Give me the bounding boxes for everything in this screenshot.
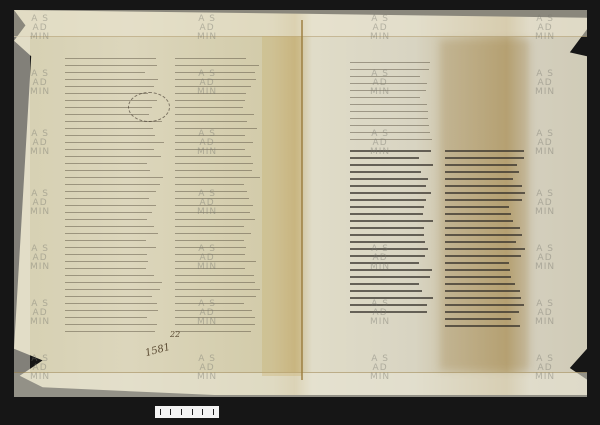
right-text-column-1b bbox=[350, 150, 435, 318]
text-line bbox=[175, 282, 255, 283]
archive-watermark: A SADMIN bbox=[30, 70, 50, 97]
text-line bbox=[65, 191, 156, 192]
text-line bbox=[445, 283, 515, 285]
text-line bbox=[350, 199, 426, 201]
text-line bbox=[65, 156, 161, 157]
text-line bbox=[350, 125, 429, 126]
archive-watermark: A SADMIN bbox=[370, 355, 390, 382]
tick bbox=[181, 409, 182, 415]
text-line bbox=[445, 185, 522, 187]
tick bbox=[202, 409, 203, 415]
text-line bbox=[65, 254, 147, 255]
text-line bbox=[350, 118, 428, 119]
text-line bbox=[175, 184, 244, 185]
text-line bbox=[350, 150, 431, 152]
text-line bbox=[65, 226, 154, 227]
archive-watermark: A SADMIN bbox=[370, 130, 390, 157]
archive-watermark: A SADMIN bbox=[535, 190, 555, 217]
archive-watermark: A SADMIN bbox=[197, 190, 217, 217]
text-line bbox=[65, 268, 146, 269]
text-line bbox=[350, 206, 424, 208]
text-line bbox=[65, 331, 155, 332]
archive-watermark: A SADMIN bbox=[535, 130, 555, 157]
text-line bbox=[445, 220, 513, 222]
archive-watermark: A SADMIN bbox=[197, 300, 217, 327]
archive-watermark: A SADMIN bbox=[30, 300, 50, 327]
text-line bbox=[65, 65, 157, 66]
text-line bbox=[65, 184, 160, 185]
center-fold-line bbox=[301, 20, 303, 380]
text-line bbox=[350, 164, 433, 166]
text-line bbox=[350, 97, 420, 98]
text-line bbox=[175, 331, 251, 332]
text-line bbox=[445, 304, 524, 306]
text-line bbox=[445, 206, 509, 208]
archive-watermark: A SADMIN bbox=[535, 300, 555, 327]
text-line bbox=[445, 164, 517, 166]
text-line bbox=[445, 192, 525, 194]
text-line bbox=[175, 226, 244, 227]
text-line bbox=[445, 276, 511, 278]
text-line bbox=[350, 290, 422, 292]
text-line bbox=[65, 212, 152, 213]
text-line bbox=[445, 311, 519, 313]
text-line bbox=[175, 233, 251, 234]
text-line bbox=[445, 241, 516, 243]
archive-watermark: A SADMIN bbox=[197, 70, 217, 97]
text-line bbox=[175, 121, 247, 122]
left-text-column-2 bbox=[175, 58, 260, 338]
archive-watermark: A SADMIN bbox=[370, 70, 390, 97]
text-line bbox=[350, 185, 426, 187]
tick bbox=[213, 409, 214, 415]
text-line bbox=[65, 275, 154, 276]
text-line bbox=[445, 269, 510, 271]
text-line bbox=[175, 58, 246, 59]
archive-watermark: A SADMIN bbox=[30, 355, 50, 382]
text-line bbox=[445, 234, 522, 236]
center-fold-band bbox=[262, 36, 302, 376]
text-line bbox=[65, 233, 158, 234]
text-line bbox=[445, 227, 520, 229]
text-line bbox=[350, 171, 421, 173]
archive-watermark: A SADMIN bbox=[30, 190, 50, 217]
text-line bbox=[445, 199, 522, 201]
text-line bbox=[175, 107, 243, 108]
text-line bbox=[65, 289, 160, 290]
text-line bbox=[175, 163, 253, 164]
text-line bbox=[445, 262, 509, 264]
right-text-column-1 bbox=[350, 62, 435, 146]
text-line bbox=[175, 65, 259, 66]
archive-watermark: A SADMIN bbox=[535, 15, 555, 42]
text-line bbox=[350, 283, 419, 285]
archive-watermark: A SADMIN bbox=[535, 245, 555, 272]
text-line bbox=[350, 62, 430, 63]
text-line bbox=[445, 290, 520, 292]
text-line bbox=[65, 170, 150, 171]
text-line bbox=[65, 198, 149, 199]
text-line bbox=[445, 171, 519, 173]
text-line bbox=[350, 213, 423, 215]
text-line bbox=[350, 227, 424, 229]
text-line bbox=[175, 170, 252, 171]
text-line bbox=[175, 275, 254, 276]
text-line bbox=[65, 296, 152, 297]
text-line bbox=[445, 318, 511, 320]
text-line bbox=[350, 132, 430, 133]
text-line bbox=[175, 240, 244, 241]
text-line bbox=[350, 269, 432, 271]
text-line bbox=[350, 276, 430, 278]
text-line bbox=[350, 157, 419, 159]
archive-watermark: A SADMIN bbox=[197, 245, 217, 272]
text-line bbox=[350, 297, 433, 299]
text-line bbox=[350, 111, 428, 112]
text-line bbox=[350, 192, 431, 194]
archive-watermark: A SADMIN bbox=[30, 245, 50, 272]
archive-watermark: A SADMIN bbox=[370, 245, 390, 272]
right-text-column-2 bbox=[445, 150, 525, 332]
tick bbox=[192, 409, 193, 415]
archive-watermark: A SADMIN bbox=[535, 355, 555, 382]
text-line bbox=[65, 163, 147, 164]
archive-watermark: A SADMIN bbox=[197, 15, 217, 42]
text-line bbox=[65, 93, 148, 94]
seal-outline bbox=[128, 92, 170, 122]
text-line bbox=[445, 248, 525, 250]
text-line bbox=[445, 157, 524, 159]
archive-watermark: A SADMIN bbox=[197, 355, 217, 382]
text-line bbox=[175, 100, 245, 101]
left-fold bbox=[14, 36, 30, 372]
text-line bbox=[65, 79, 158, 80]
text-line bbox=[65, 135, 155, 136]
archive-watermark: A SADMIN bbox=[30, 130, 50, 157]
text-line bbox=[65, 247, 156, 248]
text-line bbox=[445, 325, 520, 327]
text-line bbox=[175, 296, 256, 297]
text-line bbox=[65, 86, 154, 87]
text-line bbox=[350, 220, 433, 222]
text-line bbox=[445, 297, 521, 299]
text-line bbox=[175, 289, 260, 290]
text-line bbox=[445, 150, 524, 152]
text-line bbox=[175, 177, 260, 178]
text-line bbox=[65, 317, 147, 318]
text-line bbox=[65, 282, 162, 283]
tick bbox=[170, 409, 171, 415]
text-line bbox=[350, 178, 428, 180]
text-line bbox=[350, 241, 425, 243]
text-line bbox=[65, 261, 148, 262]
text-line bbox=[65, 240, 146, 241]
archive-watermark: A SADMIN bbox=[370, 300, 390, 327]
text-line bbox=[65, 303, 157, 304]
small-mark: 22 bbox=[170, 330, 180, 339]
text-line bbox=[65, 177, 163, 178]
text-line bbox=[175, 114, 254, 115]
text-line bbox=[65, 72, 145, 73]
text-line bbox=[350, 104, 427, 105]
text-line bbox=[65, 219, 147, 220]
archive-watermark: A SADMIN bbox=[30, 15, 50, 42]
archive-watermark: A SADMIN bbox=[197, 130, 217, 157]
text-line bbox=[350, 139, 432, 140]
text-line bbox=[65, 142, 164, 143]
text-line bbox=[445, 255, 521, 257]
text-line bbox=[65, 205, 156, 206]
text-line bbox=[445, 213, 511, 215]
text-line bbox=[65, 149, 154, 150]
text-line bbox=[445, 178, 513, 180]
text-line bbox=[65, 310, 158, 311]
text-line bbox=[350, 234, 424, 236]
archive-watermark: A SADMIN bbox=[535, 70, 555, 97]
text-line bbox=[65, 324, 157, 325]
scale-strip bbox=[155, 406, 219, 418]
archive-watermark: A SADMIN bbox=[370, 15, 390, 42]
text-line bbox=[65, 128, 153, 129]
text-line bbox=[65, 58, 156, 59]
tick bbox=[160, 409, 161, 415]
text-line bbox=[175, 128, 257, 129]
text-line bbox=[175, 219, 255, 220]
